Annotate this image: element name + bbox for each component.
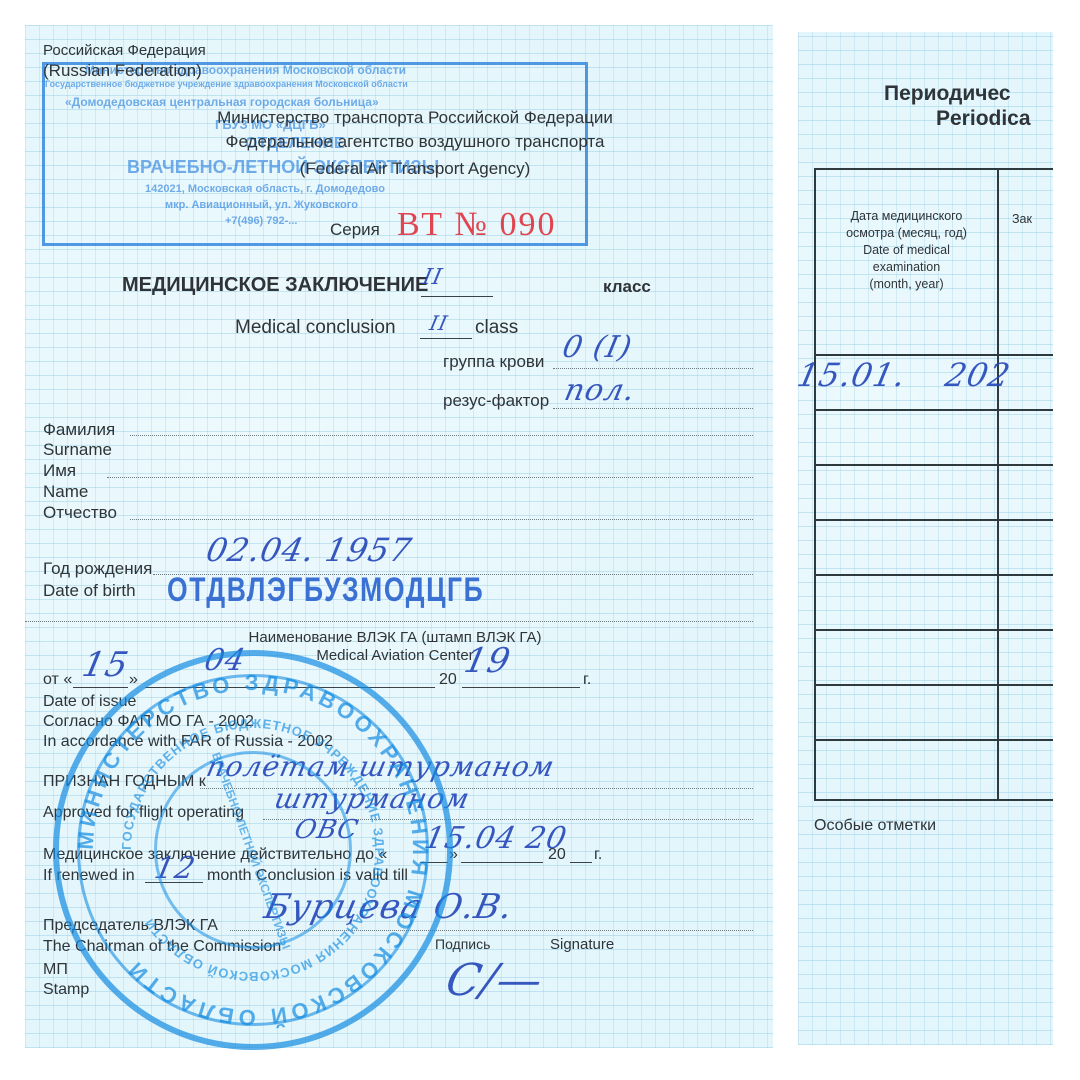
issue-year-value: 19 bbox=[461, 641, 515, 681]
signature-mark: С/— bbox=[442, 955, 548, 1006]
country-en: (Russian Federation) bbox=[43, 61, 202, 80]
stamp-line: мкр. Авиационный, ул. Жуковского bbox=[165, 199, 358, 211]
agency-en: (Federal Air Transport Agency) bbox=[145, 159, 685, 178]
ministry-ru: Министерство транспорта Российской Федер… bbox=[145, 108, 685, 127]
document-title-ru: МЕДИЦИНСКОЕ ЗАКЛЮЧЕНИЕ bbox=[122, 274, 428, 296]
special-notes-label: Особые отметки bbox=[814, 816, 936, 835]
dob-label-en: Date of birth bbox=[43, 581, 136, 600]
patronymic-label-ru: Отчество bbox=[43, 503, 117, 522]
periodic-examination-right-page: Периодичес Periodica Дата медицинскогоос… bbox=[798, 32, 1053, 1045]
surname-label-en: Surname bbox=[43, 440, 112, 459]
class-label-en: class bbox=[475, 317, 518, 338]
col-header-line: осмотра (месяц, год) bbox=[816, 225, 997, 242]
blood-group-label: группа крови bbox=[443, 352, 544, 371]
dob-label-ru: Год рождения bbox=[43, 559, 152, 578]
series-number: ВТ № 090 bbox=[397, 206, 556, 244]
class-label-ru: класс bbox=[603, 277, 651, 296]
right-title-en: Periodica bbox=[936, 107, 1031, 131]
name-label-en: Name bbox=[43, 482, 88, 501]
name-label-ru: Имя bbox=[43, 461, 76, 480]
validity-year-suffix: г. bbox=[594, 845, 602, 864]
stamp-line: Государственное бюджетное учреждение здр… bbox=[45, 79, 408, 89]
exam-date-value: 15.01. bbox=[798, 356, 910, 394]
stamp-line: 142021, Московская область, г. Домодедов… bbox=[145, 183, 385, 195]
col-header-line: (month, year) bbox=[816, 276, 997, 293]
class-value-handwritten: II bbox=[420, 265, 445, 290]
right-title-ru: Периодичес bbox=[884, 82, 1011, 106]
country-ru: Российская Федерация bbox=[43, 41, 206, 60]
round-stamp-center-text: ВРАЧЕБНО-ЛЕТНОЙ ЭКСПЕРТИЗЫ bbox=[209, 750, 294, 951]
surname-label-ru: Фамилия bbox=[43, 420, 115, 439]
rh-factor-value: пол. bbox=[561, 373, 638, 408]
medical-certificate-left-page: Министерство здравоохранения Московской … bbox=[25, 25, 773, 1048]
col-header-line: Дата медицинского bbox=[816, 208, 997, 225]
periodic-exam-table: Дата медицинскогоосмотра (месяц, год)Dat… bbox=[814, 168, 1053, 801]
document-title-en: Medical conclusion bbox=[235, 317, 396, 338]
class-en-value-handwritten: II bbox=[427, 311, 450, 335]
stamp-line: «Домодедовская центральная городская бол… bbox=[65, 95, 379, 109]
round-official-stamp: МИНИСТЕРСТВО ЗДРАВООХРАНЕНИЯ МОСКОВСКОЙ … bbox=[53, 650, 453, 1050]
col-header-exam-date: Дата медицинскогоосмотра (месяц, год)Dat… bbox=[816, 208, 997, 293]
date-of-birth-value: 02.04. 1957 bbox=[203, 531, 415, 569]
issue-year-suffix: г. bbox=[583, 670, 591, 689]
col-header-line: Date of medical bbox=[816, 242, 997, 259]
agency-ru: Федеральное агентство воздушного транспо… bbox=[145, 132, 685, 151]
rh-factor-label: резус-фактор bbox=[443, 391, 549, 410]
blood-group-value: 0 (I) bbox=[559, 330, 635, 365]
center-name-stamp: ОТДВЛЭГБУЗМОДЦГБ bbox=[167, 571, 484, 610]
stamp-line: +7(496) 792-... bbox=[225, 215, 297, 227]
col-header-line: examination bbox=[816, 259, 997, 276]
series-label: Серия bbox=[330, 220, 380, 239]
exam-conclusion-value: 202 bbox=[942, 356, 1014, 394]
signature-label-en: Signature bbox=[550, 935, 614, 954]
col-header-conclusion: Зак bbox=[1012, 210, 1032, 229]
